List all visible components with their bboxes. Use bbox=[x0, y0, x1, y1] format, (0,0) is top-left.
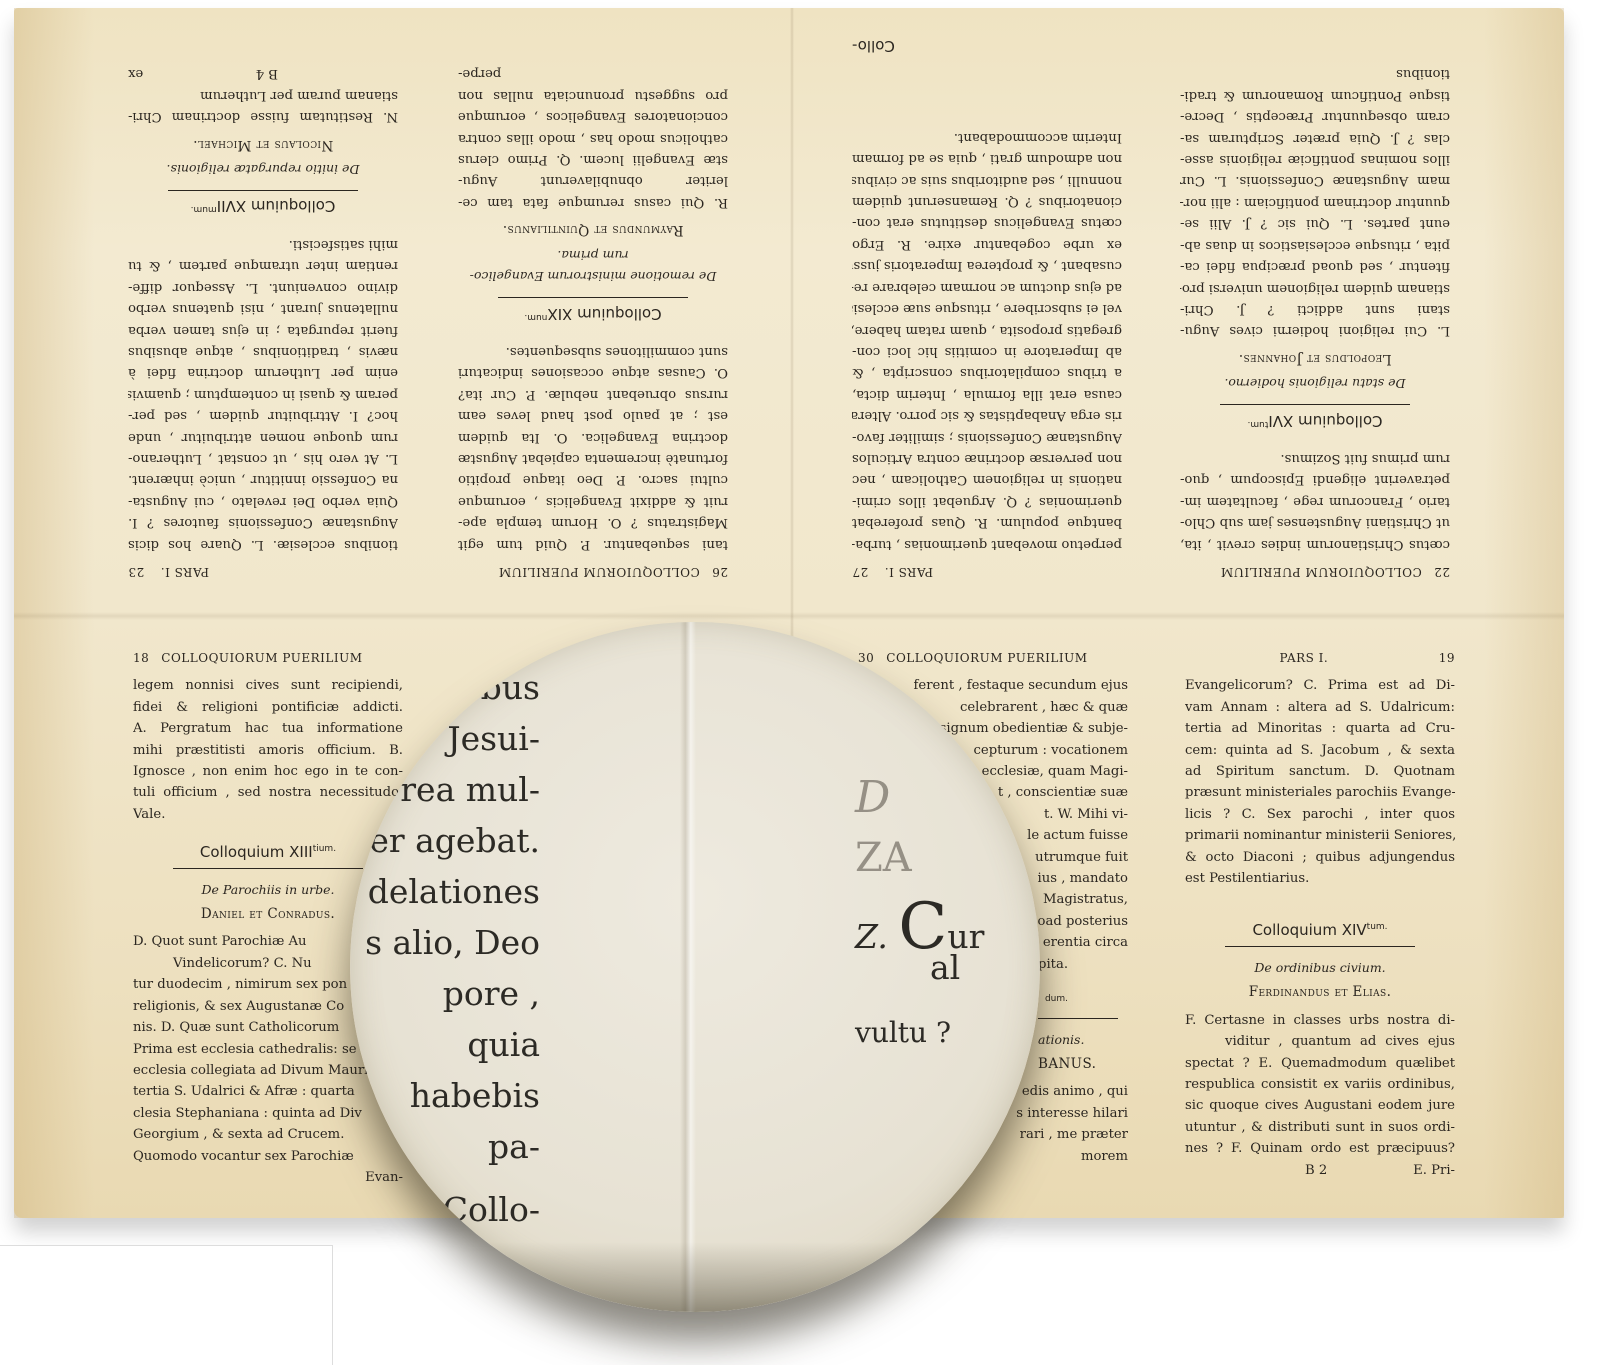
horizontal-fold bbox=[14, 612, 1564, 620]
page-19: PARS I. 19 Evangelicorum? C. Prima est a… bbox=[1185, 648, 1455, 1181]
catchword: Collo- bbox=[852, 35, 1122, 56]
running-head: 26 COLLOQUIORUM PUERILIUM bbox=[458, 561, 728, 582]
catchword: ex bbox=[128, 63, 143, 84]
speakers: Leopoldus et Johannes. bbox=[1180, 347, 1450, 368]
page-number: 22 bbox=[1434, 561, 1450, 582]
page-27-inverted: PARS I. 27 perpetuo movebant querimonias… bbox=[852, 72, 1122, 582]
catchword: E. Pri- bbox=[1413, 1160, 1455, 1181]
signature-line: B 4 ex bbox=[128, 63, 398, 84]
colloquium-heading: Colloquium XIXnum. bbox=[458, 302, 728, 326]
running-head: PARS I. 19 bbox=[1185, 648, 1455, 669]
running-head: 30 COLLOQUIORUM PUERILIUM bbox=[858, 648, 1128, 669]
magnifier-edge-shadow bbox=[350, 1242, 1040, 1312]
running-head: PARS I. 23 bbox=[128, 561, 398, 582]
page-22-inverted: 22 COLLOQUIORUM PUERILIUM cœtus Christia… bbox=[1180, 72, 1450, 582]
page-number: 18 bbox=[133, 648, 149, 669]
magnified-spine-crease bbox=[680, 622, 696, 1312]
page-number: 19 bbox=[1439, 648, 1455, 669]
signature-mark: B 4 bbox=[256, 63, 278, 84]
page-23-inverted: PARS I. 23 tionibus ecclesiæ. L. Quare h… bbox=[128, 62, 398, 582]
heading-rule bbox=[1225, 946, 1415, 947]
heading-rule bbox=[1038, 1018, 1118, 1019]
colloquium-heading: Colloquium XIVtum. bbox=[1185, 917, 1455, 941]
running-head: PARS I. 27 bbox=[852, 561, 1122, 582]
magnified-right-column: D ZA Z. Cur al vultu ? bbox=[855, 772, 1040, 1058]
speakers: Nicolaus et Michael. bbox=[128, 133, 398, 154]
colloquium-subtitle: De ordinibus civium. bbox=[1185, 957, 1455, 978]
magnifier-inset: bus Jesui- rea mul- er agebat. delatione… bbox=[350, 622, 1040, 1312]
blank-corner-panel bbox=[0, 1245, 333, 1365]
page-number: 23 bbox=[128, 561, 144, 582]
heading-rule bbox=[173, 868, 363, 869]
body-text: tionibus ecclesiæ. L. Quare hos dicis Au… bbox=[128, 234, 398, 555]
colloquium-subtitle: De remotione ministrorum Evangelico-rum … bbox=[458, 244, 728, 287]
catchword: perpe- bbox=[458, 63, 728, 84]
heading-rule bbox=[498, 297, 688, 298]
heading-rule bbox=[1220, 404, 1410, 405]
magnified-left-column: bus Jesui- rea mul- er agebat. delatione… bbox=[360, 662, 540, 1235]
signature-mark: B 2 bbox=[1305, 1160, 1327, 1181]
page-26-inverted: 26 COLLOQUIORUM PUERILIUM tani sequebant… bbox=[458, 72, 728, 582]
running-head: 22 COLLOQUIORUM PUERILIUM bbox=[1180, 561, 1450, 582]
page-number: 26 bbox=[712, 561, 728, 582]
catchword: tionibus bbox=[1180, 63, 1450, 84]
colloquium-subtitle: De initio repurgatæ religionis. bbox=[128, 159, 398, 180]
speakers: Ferdinandus et Elias. bbox=[1185, 982, 1455, 1003]
colloquium-subtitle: De statu religionis hodierno. bbox=[1180, 373, 1450, 394]
heading-rule bbox=[168, 190, 358, 191]
page-number: 27 bbox=[852, 561, 868, 582]
speakers: Raymundus et Quintilianus. bbox=[458, 219, 728, 240]
colloquium-heading: Colloquium XVIImum. bbox=[128, 195, 398, 219]
colloquium-heading: Colloquium XVItum. bbox=[1180, 409, 1450, 433]
signature-line: B 2 E. Pri- bbox=[1185, 1160, 1455, 1181]
